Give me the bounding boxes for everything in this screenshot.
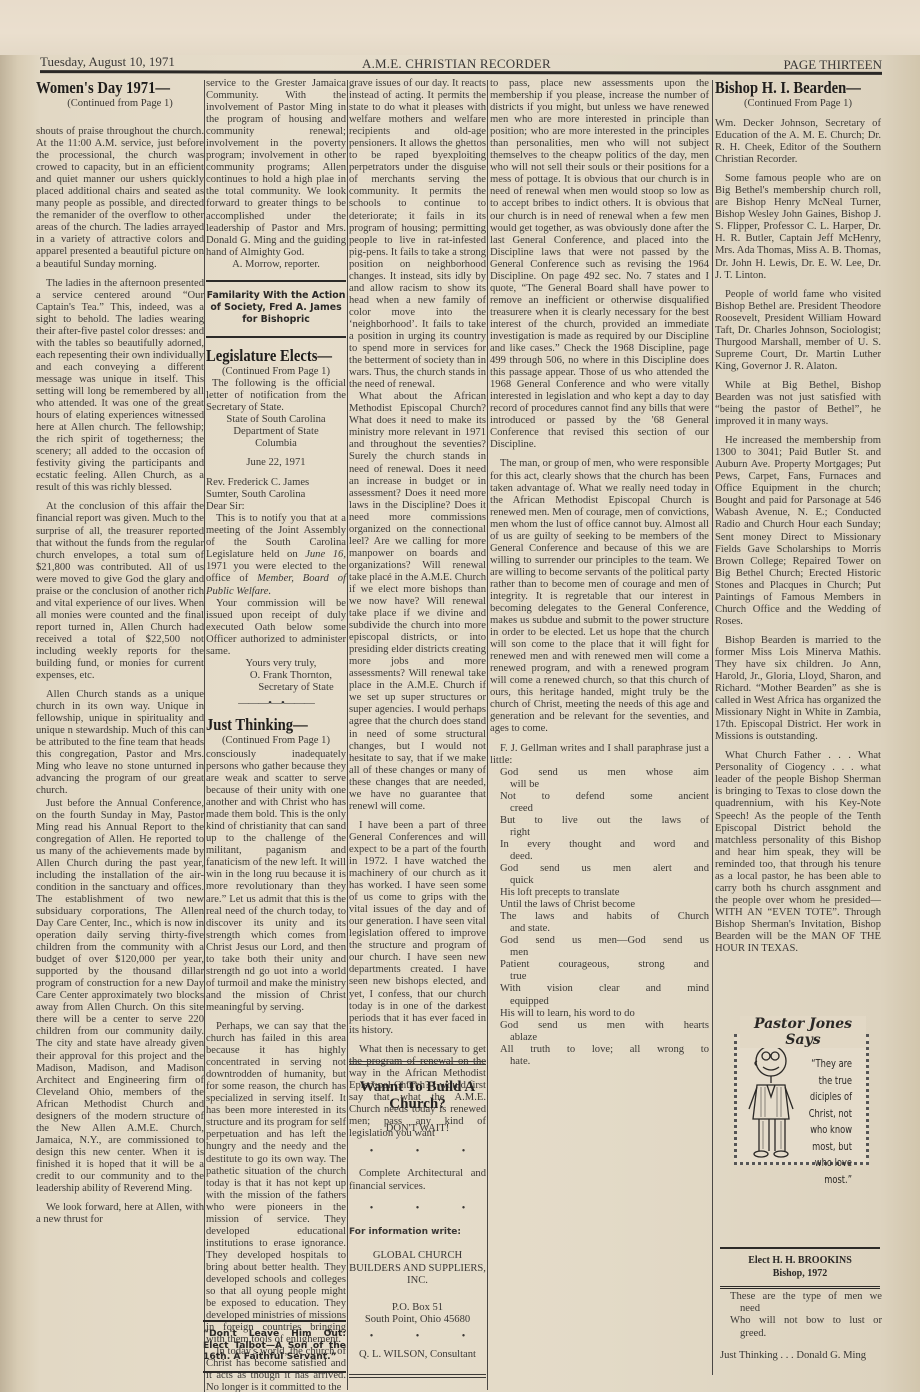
verse-line: God send us men whose aim <box>490 767 709 779</box>
column-divider <box>347 80 348 1390</box>
page-top-margin <box>0 0 920 55</box>
continued-note: (Continued From Page 1) <box>206 734 346 747</box>
verse-line-continuation: men <box>490 947 709 959</box>
column-3: grave issues of our day. It reacts inste… <box>349 78 486 1140</box>
salutation: Dear Sir: <box>206 501 346 513</box>
verse-line: God send us men—God send us <box>490 935 709 947</box>
paragraph: to pass, place new assessments upon the … <box>490 78 709 451</box>
cartoon-title: Pastor Jones Says <box>740 1016 866 1048</box>
paragraph: The man, or group of men, who were respo… <box>490 458 709 735</box>
verse-line: With vision clear and mind <box>490 983 709 995</box>
continued-note: (Continued from Page 1) <box>36 97 204 110</box>
verse-line: Until the laws of Christ become <box>490 899 709 911</box>
verse-line: The laws and habits of Church <box>490 911 709 923</box>
paragraph: What about the African Methodist Episcop… <box>349 391 486 813</box>
column-divider <box>712 80 713 1375</box>
verse-line: These are the type of men we <box>720 1291 882 1303</box>
newspaper-page: Tuesday, August 10, 1971 A.M.E. CHRISTIA… <box>0 0 920 1392</box>
paragraph: service to the Grester Jamaica Community… <box>206 78 346 259</box>
headline-bishop-bearden: Bishop H. I. Bearden— <box>715 78 858 97</box>
ad-contact: Q. L. WILSON, Consultant <box>349 1349 486 1362</box>
familiarity-box: Familarity With the Action of Society, F… <box>206 280 346 338</box>
closing-verse: These are the type of men weneedWho will… <box>720 1291 882 1340</box>
article-womens-day: Women's Day 1971— (Continued from Page 1… <box>36 78 204 1226</box>
paragraph: Bishop Bearden is married to the former … <box>715 635 881 743</box>
paragraph: Some famous people who are on Big Bethel… <box>715 173 881 281</box>
masthead-paper-name: A.M.E. CHRISTIAN RECORDER <box>362 56 551 72</box>
masthead: Tuesday, August 10, 1971 A.M.E. CHRISTIA… <box>40 54 882 70</box>
paragraph: People of world fame who visited Bishop … <box>715 289 881 373</box>
column-4: to pass, place new assessments upon the … <box>490 78 709 1068</box>
paragraph: The ladies in the afternoon presented a … <box>36 278 204 495</box>
continued-note: (Continued From Page 1) <box>206 365 346 378</box>
letterhead-line: Columbia <box>206 438 346 450</box>
paragraph: F. J. Gellman writes and I shall paraphr… <box>490 743 709 767</box>
dont-leave-him-out-box: “Don't Leave Him Out: Elect Talbot—A Son… <box>203 1320 346 1373</box>
paragraph: consciously inadequately persons who gat… <box>206 749 346 1014</box>
ornament-divider: ———•—•——— <box>206 697 346 709</box>
paragraph: This is to notify you that at a meeting … <box>206 513 346 597</box>
elect-line: Bishop, 1972 <box>720 1267 880 1280</box>
paragraph: Wm. Decker Johnson, Secretary of Educati… <box>715 118 881 166</box>
ad-address-line: P.O. Box 51 <box>349 1302 486 1315</box>
verse-line-continuation: true <box>490 971 709 983</box>
signer-title: Secretary of State <box>206 682 346 694</box>
ad-title: Wannt To Build A Church? <box>349 1079 486 1113</box>
letterhead-line: State of South Carolina <box>206 414 346 426</box>
verse-line: Patient courageous, strong and <box>490 959 709 971</box>
verse-line-continuation: quick <box>490 875 709 887</box>
verse-line: In every thought and word and <box>490 839 709 851</box>
just-thinking-ending: These are the type of men weneedWho will… <box>720 1291 882 1362</box>
ad-services: Complete Architectural and financial ser… <box>349 1168 486 1193</box>
byline: A. Morrow, reporter. <box>206 259 346 271</box>
poem: God send us men whose aimwill beNot to d… <box>490 767 709 1068</box>
verse-line: Who will not bow to lust or <box>720 1315 882 1327</box>
verse-line: Not to defend some ancient <box>490 791 709 803</box>
signature: Just Thinking . . . Donald G. Ming <box>720 1350 882 1362</box>
paragraph: He increased the membership from 1300 to… <box>715 435 881 628</box>
verse-line: His loft precepts to translate <box>490 887 709 899</box>
paragraph: Perhaps, we can say that the church has … <box>206 1021 346 1346</box>
verse-line: God send us men with hearts <box>490 1020 709 1032</box>
masthead-rule <box>40 70 882 75</box>
advertisement-build-church: Wannt To Build A Church? DON'T WAIT! • •… <box>349 1061 486 1378</box>
continued-note: (Continued From Page 1) <box>715 97 881 110</box>
headline-womens-day: Women's Day 1971— <box>36 78 180 97</box>
verse-line: God send us men alert and <box>490 863 709 875</box>
column-divider <box>487 80 488 1390</box>
signer: O. Frank Thornton, <box>206 670 346 682</box>
paragraph: We look forward, here at Allen, with a n… <box>36 1202 204 1226</box>
verse-line: His will to learn, his word to do <box>490 1008 709 1020</box>
paragraph: grave issues of our day. It reacts inste… <box>349 78 486 391</box>
ad-dots: • • • <box>349 1203 486 1216</box>
masthead-page-number: PAGE THIRTEEN <box>783 57 882 73</box>
letter-date: June 22, 1971 <box>206 457 346 469</box>
paragraph: Your commission will be issued upon rece… <box>206 598 346 658</box>
verse-line-continuation: creed <box>490 803 709 815</box>
paragraph: I have been a part of three General Conf… <box>349 820 486 1037</box>
paragraph: Just before the Annual Conference, on th… <box>36 798 204 1196</box>
ad-info-label: For information write: <box>349 1226 486 1239</box>
verse-line-continuation: greed. <box>720 1328 882 1340</box>
column-divider <box>204 80 205 1392</box>
addressee-line: Rev. Frederick C. James <box>206 477 346 489</box>
column-2: service to the Grester Jamaica Community… <box>206 78 346 1392</box>
paragraph: shouts of praise throughout the church. … <box>36 126 204 271</box>
ad-dots: • • • <box>349 1331 486 1344</box>
headline-legislature-elects: Legislature Elects— <box>206 346 326 365</box>
ad-address-line: South Point, Ohio 45680 <box>349 1314 486 1327</box>
closing: Yours very truly, <box>206 658 346 670</box>
verse-line-continuation: equipped <box>490 996 709 1008</box>
verse-line-continuation: deed. <box>490 851 709 863</box>
headline-just-thinking: Just Thinking— <box>206 715 326 734</box>
paragraph: What Church Father . . . What Personalit… <box>715 750 881 955</box>
text: June 16, <box>305 549 346 560</box>
article-bishop-bearden: Bishop H. I. Bearden— (Continued From Pa… <box>715 78 881 955</box>
ad-dots: • • • <box>349 1146 486 1159</box>
elect-line: Elect H. H. BROOKINS <box>720 1254 880 1267</box>
ad-tagline: DON'T WAIT! <box>349 1123 486 1136</box>
cartoon-quote: “They are the true diciples of Christ, n… <box>800 1056 852 1188</box>
verse-line-continuation: need <box>720 1303 882 1315</box>
verse-line-continuation: right <box>490 827 709 839</box>
verse-line-continuation: will be <box>490 779 709 791</box>
verse-line-continuation: ablaze <box>490 1032 709 1044</box>
elect-brookins-box: Elect H. H. BROOKINS Bishop, 1972 <box>720 1247 880 1289</box>
ad-company: GLOBAL CHURCH BUILDERS AND SUPPLIERS, IN… <box>349 1250 486 1288</box>
letterhead-line: Department of State <box>206 426 346 438</box>
masthead-date: Tuesday, August 10, 1971 <box>40 54 175 70</box>
verse-line: All truth to love; all wrong to <box>490 1044 709 1056</box>
paragraph: Allen Church stands as a unique church i… <box>36 689 204 797</box>
verse-line-continuation: hate. <box>490 1056 709 1068</box>
paragraph: While at Big Bethel, Bishop Bearden was … <box>715 380 881 428</box>
addressee-line: Sumter, South Carolina <box>206 489 346 501</box>
paragraph: At the conclusion of this affair the fin… <box>36 501 204 682</box>
paragraph: The following is the official letter of … <box>206 378 346 414</box>
verse-line-continuation: and state. <box>490 923 709 935</box>
verse-line: But to live out the laws of <box>490 815 709 827</box>
